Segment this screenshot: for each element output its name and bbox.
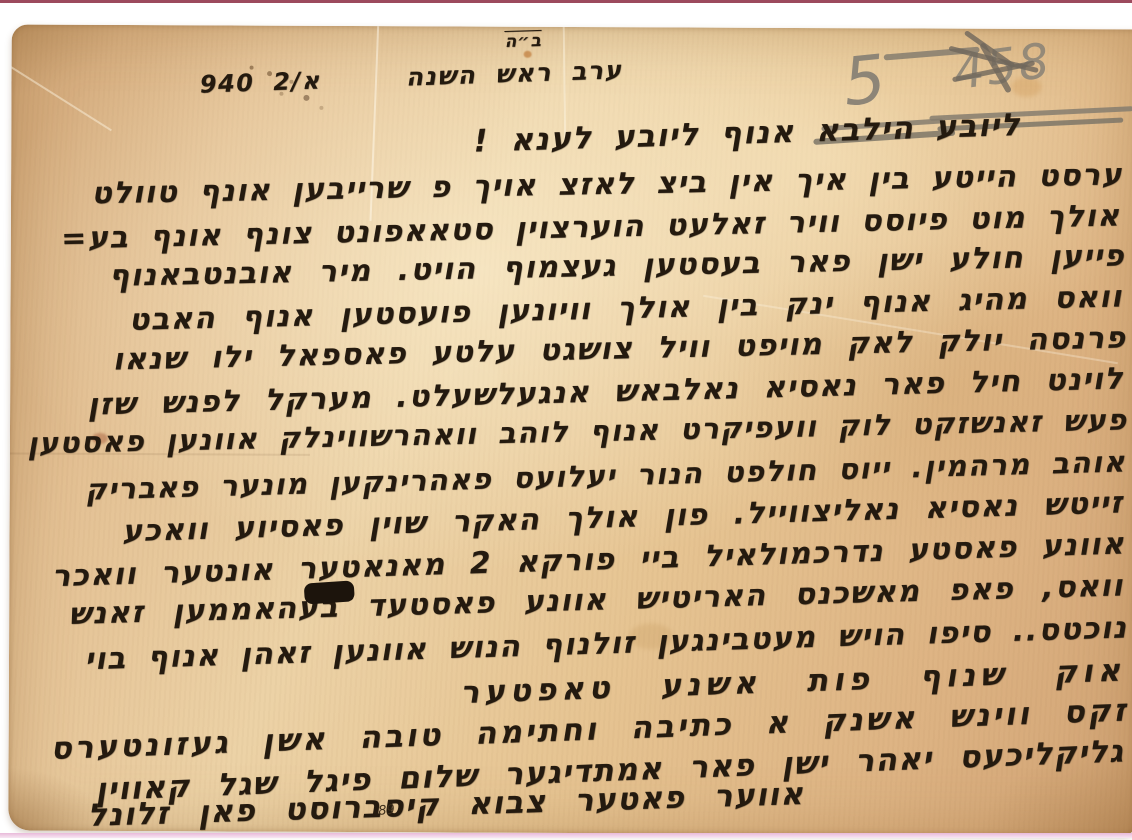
salutation-line: ליובע הילבא אנוף ליובע לענא ! xyxy=(473,107,1021,160)
top-border-rule xyxy=(0,0,1132,3)
document-scan-viewport: 5 458 ב״ה ערב ראש השנה א/2 940 ליובע היל… xyxy=(0,0,1132,840)
small-pen-mark: 89 xyxy=(378,803,396,819)
ink-scribble-blot xyxy=(304,580,355,604)
header-date: א/2 940 xyxy=(199,66,321,98)
header-title: ערב ראש השנה xyxy=(405,55,623,91)
postcard-scan: 5 458 ב״ה ערב ראש השנה א/2 940 ליובע היל… xyxy=(8,25,1132,836)
header-bh: ב״ה xyxy=(504,31,542,52)
bottom-edge-strip xyxy=(0,833,1132,838)
header-title-date: ערב ראש השנה א/2 940 xyxy=(199,55,623,98)
handwritten-text-layer: ב״ה ערב ראש השנה א/2 940 ליובע הילבא אנו… xyxy=(8,25,1132,836)
